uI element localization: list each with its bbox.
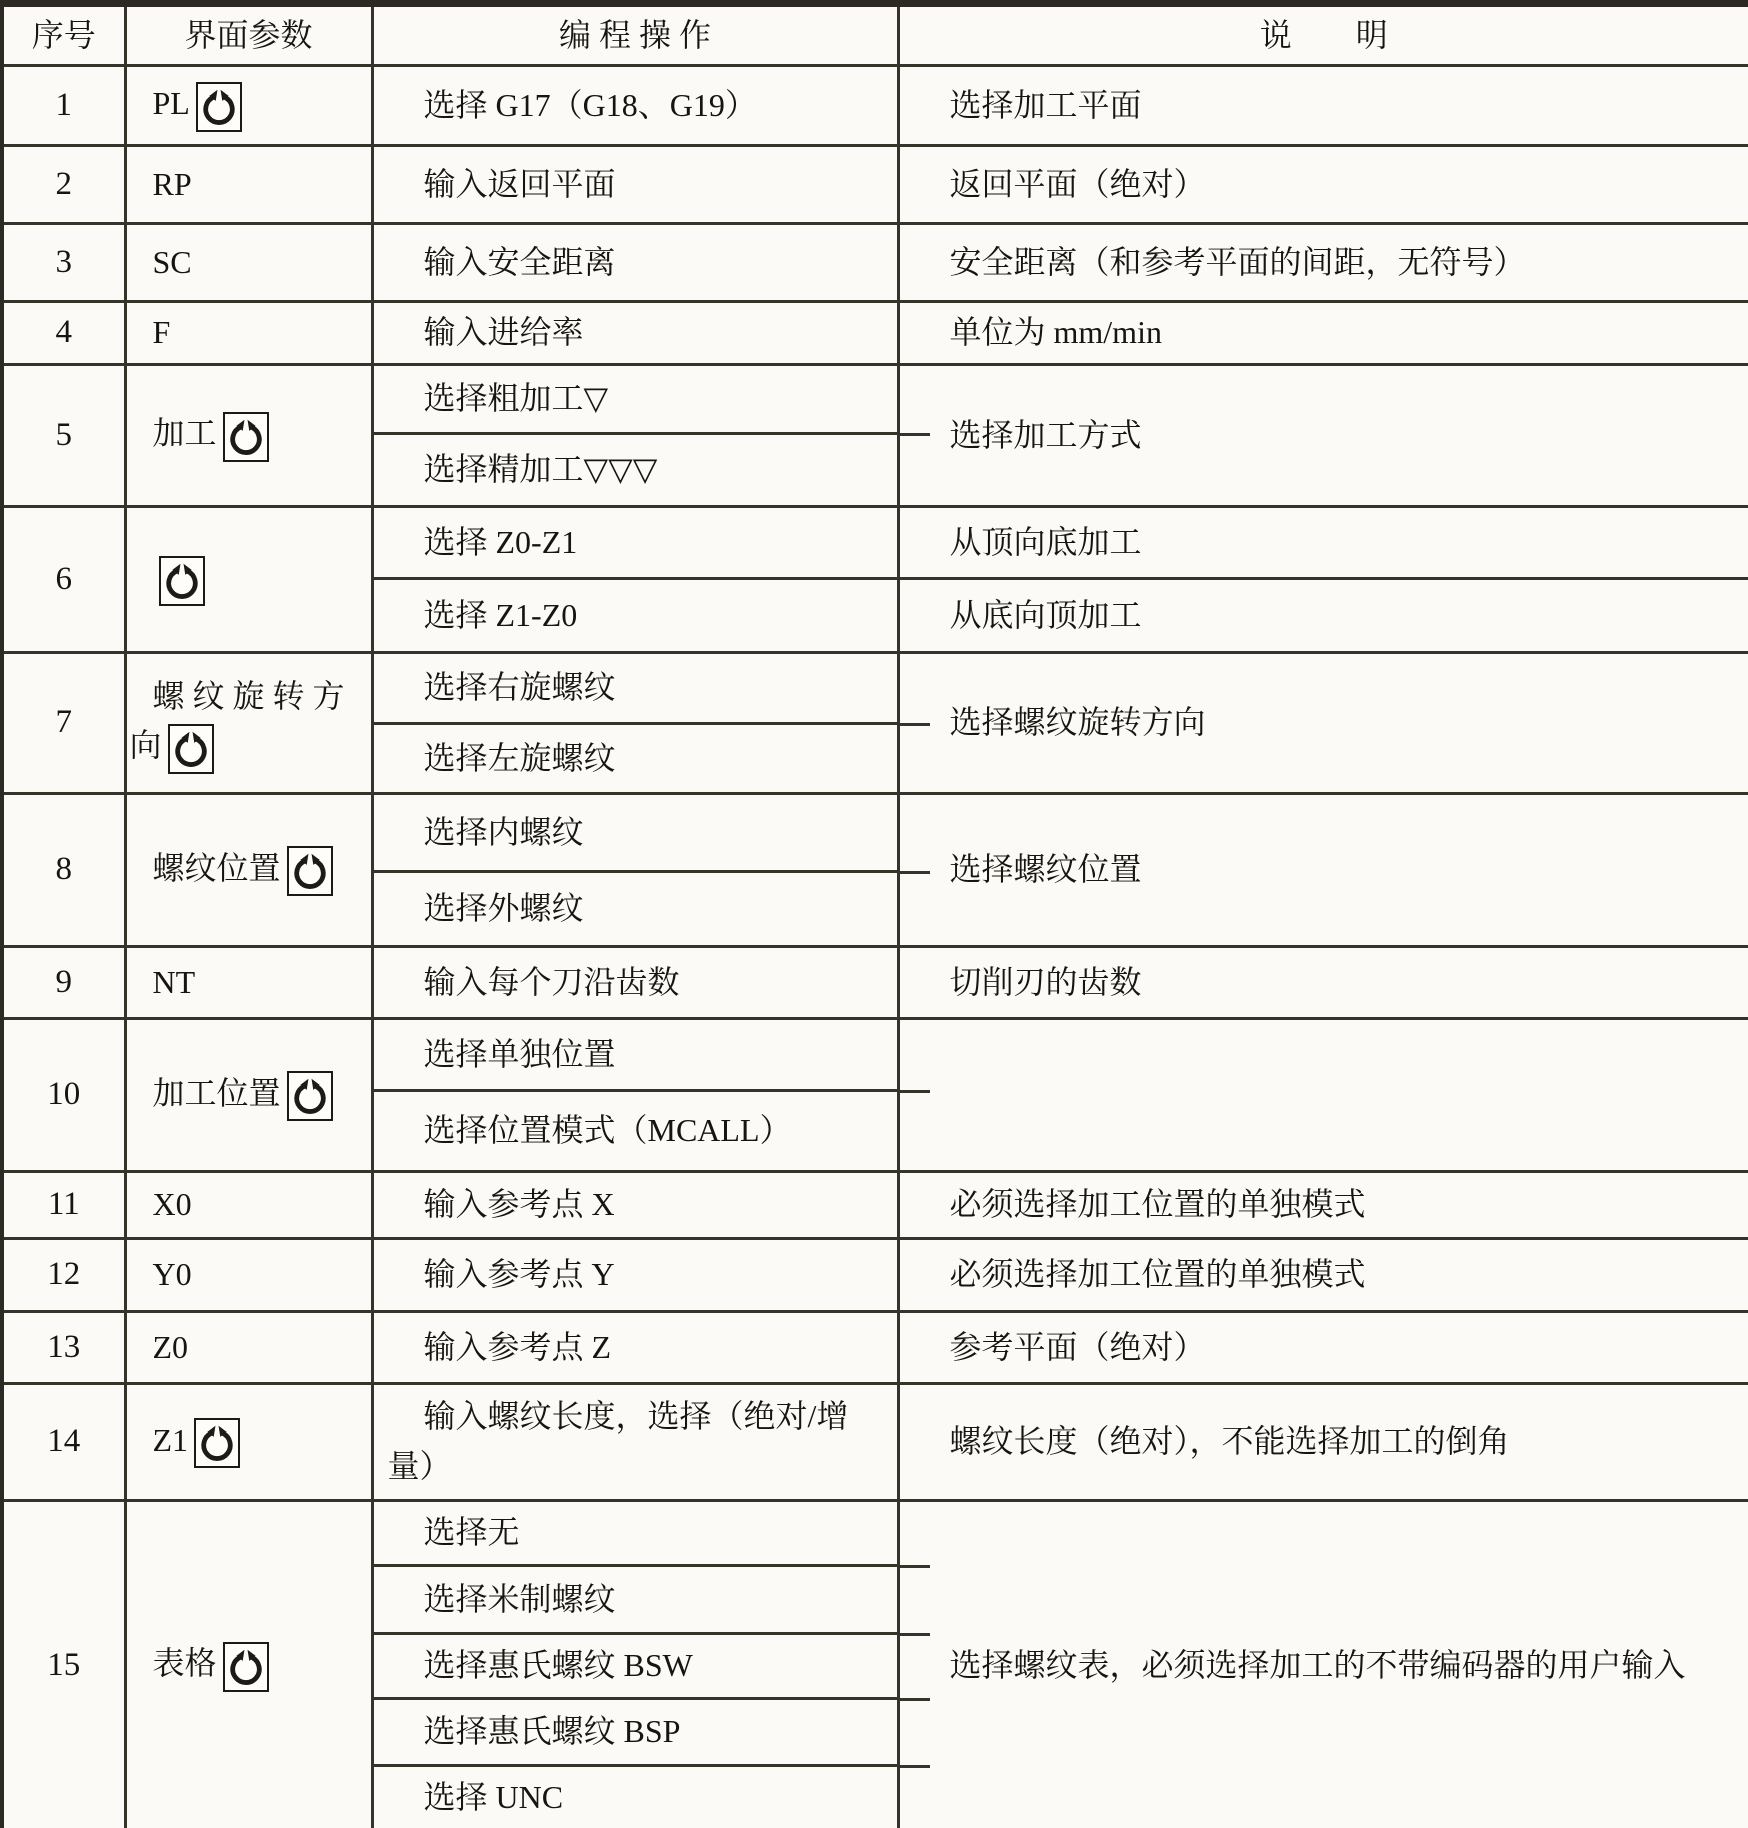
row-number-text: 1 — [56, 87, 73, 123]
op-cell: 选择无 — [372, 1501, 898, 1566]
param-cell: SC — [125, 224, 372, 302]
op-cell-text: 选择米制螺纹 — [424, 1581, 616, 1617]
param-cell-text: F — [153, 314, 171, 350]
op-cell-text: 选择粗加工▽ — [424, 380, 609, 416]
op-cell: 选择惠氏螺纹 BSP — [372, 1699, 898, 1766]
desc-cell-text: 必须选择加工位置的单独模式 — [950, 1256, 1366, 1292]
row-number: 10 — [2, 1019, 125, 1172]
param-cell-text: Y0 — [153, 1256, 192, 1292]
desc-cell-text: 参考平面（绝对） — [950, 1329, 1206, 1365]
desc-cell-text: 切削刃的齿数 — [950, 964, 1142, 1000]
op-cell: 选择惠氏螺纹 BSW — [372, 1634, 898, 1699]
row-number: 4 — [2, 302, 125, 365]
op-cell: 输入安全距离 — [372, 224, 898, 302]
row-number-text: 4 — [56, 314, 73, 350]
table-row-8-1: 8螺纹位置选择内螺纹选择螺纹位置 — [2, 794, 1748, 872]
row-number-text: 9 — [56, 964, 73, 1000]
op-cell-text: 选择左旋螺纹 — [424, 740, 616, 776]
desc-cell-text: 螺纹长度（绝对），不能选择加工的倒角 — [950, 1423, 1510, 1459]
row-number-text: 12 — [47, 1256, 80, 1292]
op-cell: 选择位置模式（MCALL） — [372, 1091, 898, 1172]
row-number-text: 8 — [56, 851, 73, 887]
op-cell: 选择米制螺纹 — [372, 1566, 898, 1634]
row-number: 13 — [2, 1312, 125, 1384]
param-cell: NT — [125, 947, 372, 1019]
column-header-4-text: 说 明 — [1260, 17, 1388, 53]
op-cell-text: 输入参考点 Y — [424, 1256, 615, 1292]
desc-cell-text: 单位为 mm/min — [950, 314, 1162, 350]
row-number-text: 7 — [56, 704, 73, 740]
desc-cell — [898, 1019, 1748, 1172]
desc-cell: 选择加工方式 — [898, 365, 1748, 507]
select-toggle-icon — [168, 724, 214, 774]
column-header-2-text: 界面参数 — [184, 17, 312, 53]
param-cell: RP — [125, 146, 372, 224]
op-cell: 输入参考点 X — [372, 1172, 898, 1239]
param-cell-text: NT — [153, 964, 196, 1000]
divider-stub — [900, 1698, 930, 1701]
row-number-text: 11 — [48, 1186, 80, 1222]
op-cell-text: 选择外螺纹 — [424, 890, 584, 926]
divider-stub — [900, 1633, 930, 1636]
table-row-5-1: 5加工选择粗加工▽选择加工方式 — [2, 365, 1748, 434]
table-row-7-1: 7螺 纹 旋 转 方 向选择右旋螺纹选择螺纹旋转方向 — [2, 653, 1748, 724]
param-cell-text: 表格 — [153, 1645, 217, 1681]
select-toggle-icon — [287, 1071, 333, 1121]
op-cell: 选择内螺纹 — [372, 794, 898, 872]
op-cell-text: 输入每个刀沿齿数 — [424, 964, 680, 1000]
row-number-text: 10 — [47, 1076, 80, 1112]
op-cell: 输入进给率 — [372, 302, 898, 365]
param-cell-text: 螺 纹 旋 转 方 向 — [130, 678, 345, 764]
op-cell: 选择 G17（G18、G19） — [372, 66, 898, 146]
desc-cell: 单位为 mm/min — [898, 302, 1748, 365]
desc-cell: 安全距离（和参考平面的间距，无符号） — [898, 224, 1748, 302]
op-cell-text: 选择精加工▽▽▽ — [424, 451, 658, 487]
divider-stub — [900, 1090, 930, 1093]
desc-cell-text: 必须选择加工位置的单独模式 — [950, 1186, 1366, 1222]
op-cell-text: 选择惠氏螺纹 BSP — [424, 1713, 681, 1749]
op-cell: 选择 Z1-Z0 — [372, 579, 898, 653]
column-header-4: 说 明 — [898, 4, 1748, 66]
op-cell-text: 输入螺纹长度，选择（绝对/增 量） — [388, 1398, 849, 1484]
row-number: 15 — [2, 1501, 125, 1828]
desc-cell-text: 安全距离（和参考平面的间距，无符号） — [950, 244, 1526, 280]
desc-cell: 选择螺纹旋转方向 — [898, 653, 1748, 794]
op-cell: 输入返回平面 — [372, 146, 898, 224]
param-cell: Y0 — [125, 1239, 372, 1312]
param-cell-text: SC — [153, 244, 192, 280]
op-cell-text: 选择 UNC — [424, 1779, 564, 1815]
select-toggle-icon — [196, 82, 242, 132]
table-row-11: 11X0输入参考点 X必须选择加工位置的单独模式 — [2, 1172, 1748, 1239]
param-cell: F — [125, 302, 372, 365]
table-row-6-1: 6选择 Z0-Z1从顶向底加工 — [2, 507, 1748, 579]
column-header-3: 编 程 操 作 — [372, 4, 898, 66]
table-row-12: 12Y0输入参考点 Y必须选择加工位置的单独模式 — [2, 1239, 1748, 1312]
op-cell: 选择右旋螺纹 — [372, 653, 898, 724]
column-header-2: 界面参数 — [125, 4, 372, 66]
param-cell-text: 螺纹位置 — [153, 850, 281, 886]
op-cell-text: 选择内螺纹 — [424, 814, 584, 850]
op-cell: 选择粗加工▽ — [372, 365, 898, 434]
desc-cell-text: 返回平面（绝对） — [950, 166, 1206, 202]
row-number: 11 — [2, 1172, 125, 1239]
param-cell-text: 加工位置 — [153, 1075, 281, 1111]
op-cell: 输入参考点 Z — [372, 1312, 898, 1384]
select-toggle-icon — [194, 1418, 240, 1468]
row-number: 8 — [2, 794, 125, 947]
param-cell — [125, 507, 372, 653]
row-number: 12 — [2, 1239, 125, 1312]
row-number: 1 — [2, 66, 125, 146]
op-cell: 选择精加工▽▽▽ — [372, 434, 898, 507]
scanned-document-page: 序号界面参数编 程 操 作说 明1PL选择 G17（G18、G19）选择加工平面… — [0, 0, 1748, 1828]
op-cell: 选择外螺纹 — [372, 872, 898, 947]
column-header-1-text: 序号 — [32, 17, 96, 53]
desc-cell: 从底向顶加工 — [898, 579, 1748, 653]
op-cell-text: 输入返回平面 — [424, 166, 616, 202]
row-number: 6 — [2, 507, 125, 653]
desc-cell: 选择螺纹表，必须选择加工的不带编码器的用户输入 — [898, 1501, 1748, 1828]
desc-cell: 选择加工平面 — [898, 66, 1748, 146]
op-cell: 选择 UNC — [372, 1766, 898, 1828]
op-cell: 选择左旋螺纹 — [372, 724, 898, 794]
table-row-10-1: 10加工位置选择单独位置 — [2, 1019, 1748, 1091]
desc-cell: 选择螺纹位置 — [898, 794, 1748, 947]
op-cell-text: 选择 Z0-Z1 — [424, 524, 578, 560]
thread-milling-parameter-table: 序号界面参数编 程 操 作说 明1PL选择 G17（G18、G19）选择加工平面… — [0, 0, 1748, 1828]
param-cell: 加工 — [125, 365, 372, 507]
desc-cell: 从顶向底加工 — [898, 507, 1748, 579]
op-cell: 输入螺纹长度，选择（绝对/增 量） — [372, 1384, 898, 1501]
table-row-14: 14Z1输入螺纹长度，选择（绝对/增 量）螺纹长度（绝对），不能选择加工的倒角 — [2, 1384, 1748, 1501]
desc-cell-text: 选择螺纹旋转方向 — [950, 704, 1206, 740]
op-cell-text: 输入安全距离 — [424, 244, 616, 280]
column-header-3-text: 编 程 操 作 — [559, 17, 711, 53]
row-number-text: 3 — [56, 244, 73, 280]
desc-cell-text: 选择螺纹位置 — [950, 851, 1142, 887]
desc-cell: 参考平面（绝对） — [898, 1312, 1748, 1384]
table-row-3: 3SC输入安全距离安全距离（和参考平面的间距，无符号） — [2, 224, 1748, 302]
select-toggle-icon — [223, 1642, 269, 1692]
desc-cell: 必须选择加工位置的单独模式 — [898, 1239, 1748, 1312]
param-cell: 螺纹位置 — [125, 794, 372, 947]
divider-stub — [900, 871, 930, 874]
op-cell-text: 输入参考点 Z — [424, 1329, 612, 1365]
op-cell: 选择 Z0-Z1 — [372, 507, 898, 579]
desc-cell: 切削刃的齿数 — [898, 947, 1748, 1019]
param-cell-text: PL — [153, 85, 190, 121]
param-cell-text: Z1 — [153, 1422, 189, 1458]
header-row: 序号界面参数编 程 操 作说 明 — [2, 4, 1748, 66]
param-cell: Z0 — [125, 1312, 372, 1384]
row-number: 14 — [2, 1384, 125, 1501]
param-cell: 加工位置 — [125, 1019, 372, 1172]
row-number: 5 — [2, 365, 125, 507]
row-number-text: 15 — [47, 1647, 80, 1683]
op-cell-text: 输入进给率 — [424, 314, 584, 350]
divider-stub — [900, 1765, 930, 1768]
param-cell-text: Z0 — [153, 1329, 189, 1365]
desc-cell: 螺纹长度（绝对），不能选择加工的倒角 — [898, 1384, 1748, 1501]
op-cell-text: 选择无 — [424, 1514, 520, 1550]
param-cell-text: X0 — [153, 1186, 192, 1222]
divider-stub — [900, 1565, 930, 1568]
param-cell: X0 — [125, 1172, 372, 1239]
divider-stub — [900, 723, 930, 726]
row-number: 2 — [2, 146, 125, 224]
table-row-9: 9NT输入每个刀沿齿数切削刃的齿数 — [2, 947, 1748, 1019]
op-cell-text: 选择 Z1-Z0 — [424, 597, 578, 633]
desc-cell-text: 选择加工平面 — [950, 87, 1142, 123]
param-cell: PL — [125, 66, 372, 146]
param-cell: 螺 纹 旋 转 方 向 — [125, 653, 372, 794]
column-header-1: 序号 — [2, 4, 125, 66]
row-number-text: 6 — [56, 561, 73, 597]
op-cell-text: 选择单独位置 — [424, 1036, 616, 1072]
op-cell-text: 选择惠氏螺纹 BSW — [424, 1647, 693, 1683]
row-number: 9 — [2, 947, 125, 1019]
op-cell-text: 选择右旋螺纹 — [424, 669, 616, 705]
row-number-text: 13 — [47, 1329, 80, 1365]
op-cell: 输入每个刀沿齿数 — [372, 947, 898, 1019]
desc-cell: 返回平面（绝对） — [898, 146, 1748, 224]
select-toggle-icon — [223, 412, 269, 462]
op-cell: 选择单独位置 — [372, 1019, 898, 1091]
table-row-4: 4F输入进给率单位为 mm/min — [2, 302, 1748, 365]
op-cell-text: 选择位置模式（MCALL） — [424, 1112, 792, 1148]
op-cell-text: 输入参考点 X — [424, 1186, 615, 1222]
desc-cell-text: 从底向顶加工 — [950, 597, 1142, 633]
table-row-13: 13Z0输入参考点 Z参考平面（绝对） — [2, 1312, 1748, 1384]
desc-cell-text: 选择加工方式 — [950, 417, 1142, 453]
row-number-text: 2 — [56, 166, 73, 202]
row-number: 3 — [2, 224, 125, 302]
table-row-15-1: 15表格选择无选择螺纹表，必须选择加工的不带编码器的用户输入 — [2, 1501, 1748, 1566]
param-cell-text: 加工 — [153, 415, 217, 451]
divider-stub — [900, 433, 930, 436]
row-number-text: 5 — [56, 417, 73, 453]
select-toggle-icon — [287, 846, 333, 896]
param-cell-text: RP — [153, 166, 192, 202]
row-number-text: 14 — [47, 1423, 80, 1459]
table-row-2: 2RP输入返回平面返回平面（绝对） — [2, 146, 1748, 224]
param-cell: 表格 — [125, 1501, 372, 1828]
desc-cell-text: 选择螺纹表，必须选择加工的不带编码器的用户输入 — [950, 1647, 1686, 1683]
op-cell-text: 选择 G17（G18、G19） — [424, 87, 757, 123]
op-cell: 输入参考点 Y — [372, 1239, 898, 1312]
desc-cell-text: 从顶向底加工 — [950, 524, 1142, 560]
row-number: 7 — [2, 653, 125, 794]
table-row-1: 1PL选择 G17（G18、G19）选择加工平面 — [2, 66, 1748, 146]
desc-cell: 必须选择加工位置的单独模式 — [898, 1172, 1748, 1239]
select-toggle-icon — [159, 556, 205, 606]
param-cell: Z1 — [125, 1384, 372, 1501]
